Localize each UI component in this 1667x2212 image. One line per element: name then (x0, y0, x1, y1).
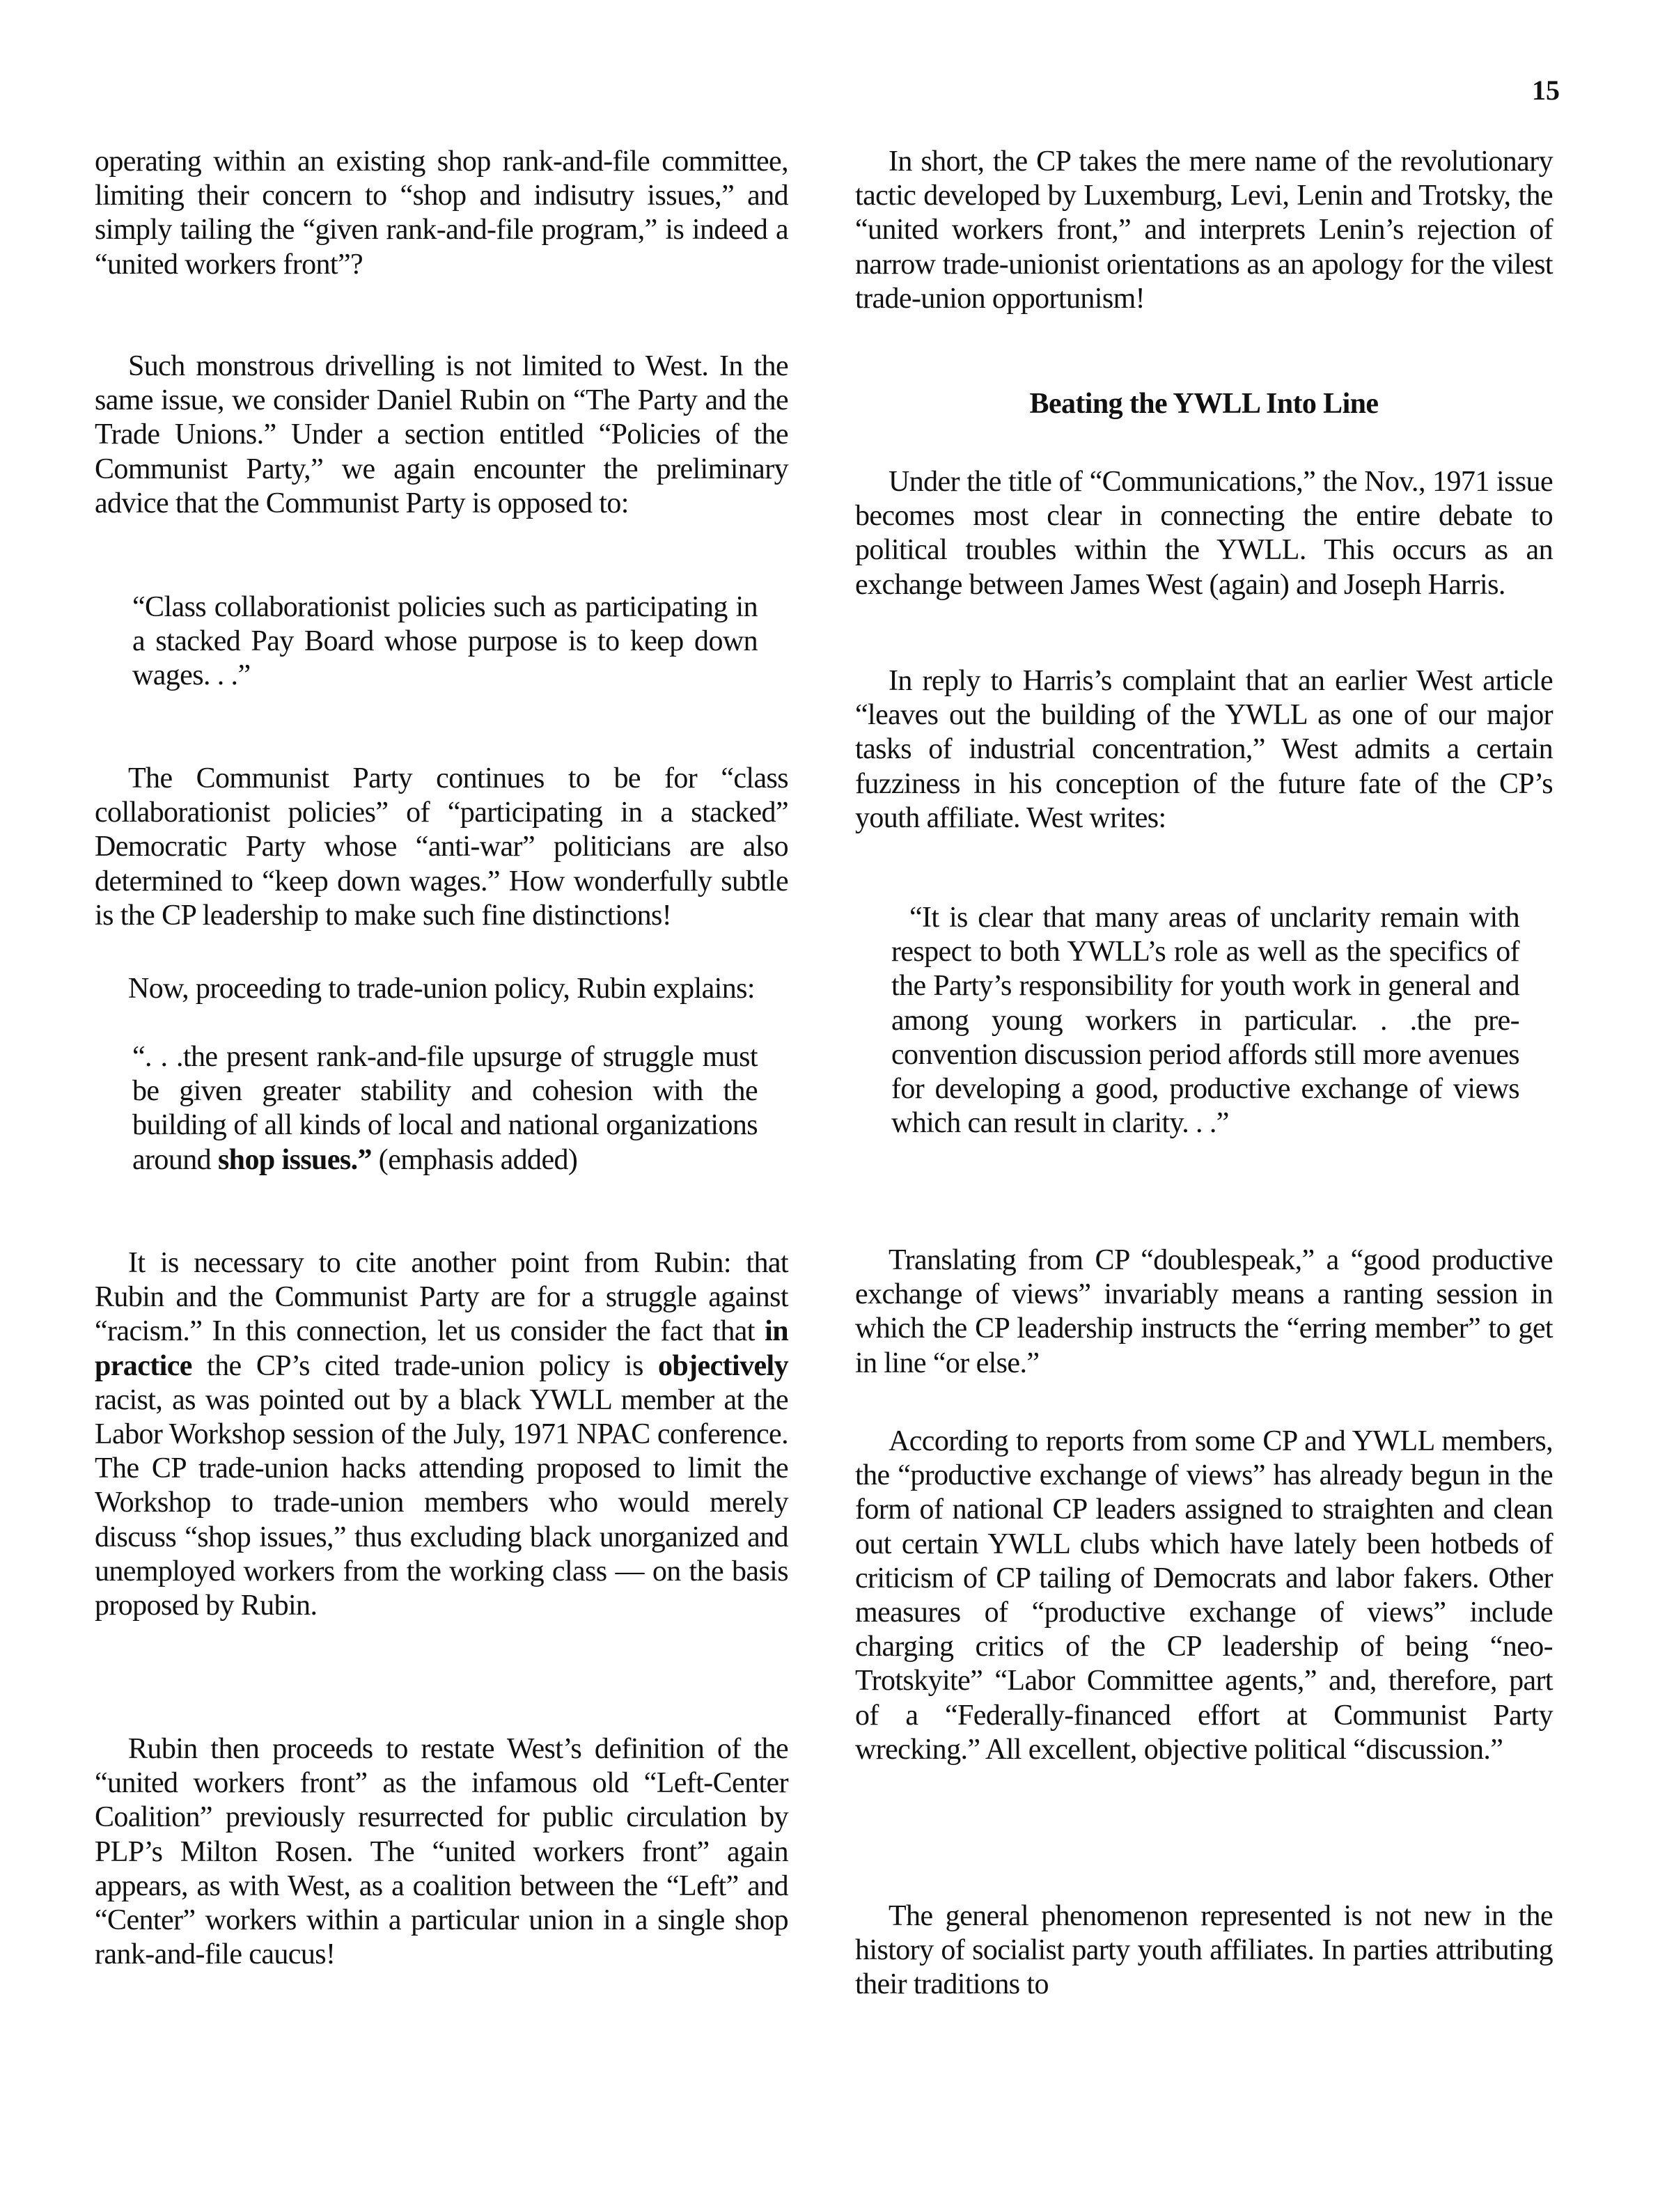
right-paragraph-5: According to reports from some CP and YW… (855, 1425, 1553, 1767)
quote-emphasis: shop issues.” (218, 1144, 372, 1176)
right-paragraph-2: Under the title of “Communications,” the… (855, 465, 1553, 602)
left-paragraph-4: Now, proceeding to trade-union policy, R… (95, 972, 788, 1006)
paragraph-text: Translating from CP “doublespeak,” a “go… (855, 1244, 1553, 1381)
paragraph-text: Such monstrous drivelling is not limited… (95, 350, 788, 521)
left-paragraph-5: It is necessary to cite another point fr… (95, 1246, 788, 1623)
paragraph-text: Rubin then proceeds to restate West’s de… (95, 1732, 788, 1972)
paragraph-text: Now, proceeding to trade-union policy, R… (95, 972, 788, 1006)
emphasis-objectively: objectively (658, 1350, 788, 1382)
right-blockquote: “It is clear that many areas of unclarit… (891, 901, 1519, 1140)
section-heading: Beating the YWLL Into Line (855, 387, 1553, 421)
paragraph-text: In reply to Harris’s complaint that an e… (855, 664, 1553, 836)
paragraph-text: operating within an existing shop rank-a… (95, 145, 788, 282)
paragraph-text: It is necessary to cite another point fr… (95, 1246, 788, 1623)
text-run: It is necessary to cite another point fr… (95, 1247, 788, 1347)
text-run: the CP’s cited trade-union policy is (192, 1350, 658, 1382)
right-paragraph-4: Translating from CP “doublespeak,” a “go… (855, 1244, 1553, 1381)
paragraph-text: The Communist Party continues to be for … (95, 762, 788, 933)
right-paragraph-3: In reply to Harris’s complaint that an e… (855, 664, 1553, 836)
left-paragraph-2: Such monstrous drivelling is not limited… (95, 350, 788, 521)
paragraph-text: The general phenomenon represented is no… (855, 1899, 1553, 2002)
left-blockquote-2: “. . .the present rank-and-file upsurge … (132, 1040, 758, 1177)
quote-text: “It is clear that many areas of unclarit… (891, 902, 1519, 1139)
quote-text-after: (emphasis added) (372, 1144, 577, 1176)
right-paragraph-1: In short, the CP takes the mere name of … (855, 145, 1553, 316)
right-paragraph-6: The general phenomenon represented is no… (855, 1899, 1553, 2002)
page-number: 15 (1518, 74, 1560, 107)
quote-text: “Class collaborationist policies such as… (132, 591, 758, 691)
paragraph-text: In short, the CP takes the mere name of … (855, 145, 1553, 316)
left-blockquote-1: “Class collaborationist policies such as… (132, 590, 758, 693)
paragraph-text: Under the title of “Communications,” the… (855, 465, 1553, 602)
paragraph-text: According to reports from some CP and YW… (855, 1425, 1553, 1767)
left-paragraph-1: operating within an existing shop rank-a… (95, 145, 788, 282)
text-run: racist, as was pointed out by a black YW… (95, 1384, 788, 1622)
left-paragraph-6: Rubin then proceeds to restate West’s de… (95, 1732, 788, 1972)
left-paragraph-3: The Communist Party continues to be for … (95, 762, 788, 933)
